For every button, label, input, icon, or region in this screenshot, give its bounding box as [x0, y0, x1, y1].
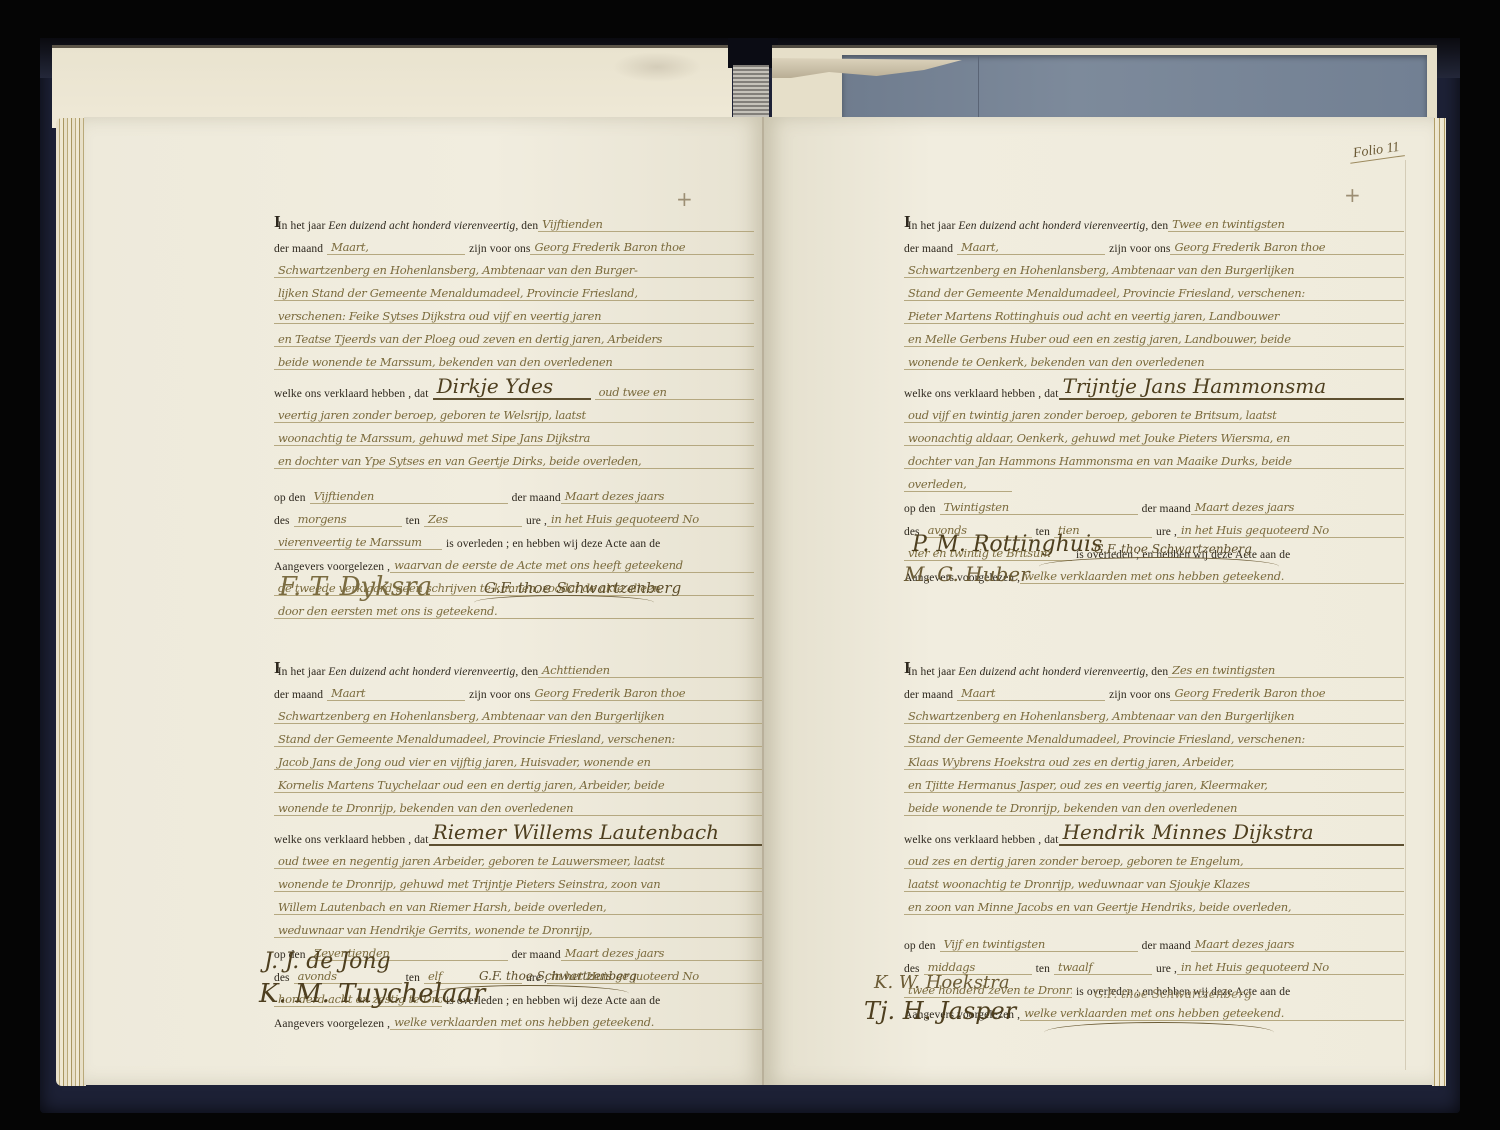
death-month: Maart dezes jaars	[561, 946, 764, 961]
left-page: + IIn het jaar Een duizend acht honderd …	[84, 117, 764, 1085]
intro-line: IIn het jaar Een duizend acht honderd vi…	[274, 209, 754, 232]
signature-flourish	[1039, 557, 1279, 576]
deceased-text: woonachtig aldaar, Oenkerk, gehuwd met J…	[904, 431, 1404, 446]
death-hour: twaalf	[1054, 960, 1152, 975]
death-date-line: op den Vijftienden der maand Maart dezes…	[274, 481, 754, 504]
printed-text: Aangevers voorgelezen ,	[274, 1018, 390, 1030]
death-place-cont: vierenveertig te Marssum	[274, 535, 442, 550]
deceased-text: Willem Lautenbach en van Riemer Harsh, b…	[274, 900, 764, 915]
signature-flourish	[1044, 1022, 1274, 1043]
witness-text: Schwartzenberg en Hohenlansberg, Ambtena…	[904, 709, 1404, 724]
signature: P. M. Rottinghuis	[912, 532, 1102, 557]
witness-text: Jacob Jans de Jong oud vier en vijftig j…	[274, 755, 764, 770]
handwritten-line: woonachtig aldaar, Oenkerk, gehuwd met J…	[904, 423, 1404, 446]
printed-text: , den	[1145, 666, 1168, 678]
witness-text: wonende te Dronrijp, bekenden van den ov…	[274, 801, 764, 816]
month-line: der maand Maart zijn voor ons Georg Fred…	[904, 678, 1404, 701]
signature: J. J. de Jong	[264, 949, 391, 974]
handwritten-line: overleden,	[904, 469, 1404, 492]
handwritten-line: Stand der Gemeente Menaldumadeel, Provin…	[274, 724, 764, 747]
witness-text: beide wonende te Dronrijp, bekenden van …	[904, 801, 1404, 816]
printed-text: zijn voor ons	[469, 689, 530, 701]
witness-text: wonende te Oenkerk, bekenden van den ove…	[904, 355, 1404, 370]
handwritten-line: en Tjitte Hermanus Jasper, oud zes en ve…	[904, 770, 1404, 793]
death-place: in het Huis gequoteerd No	[1177, 960, 1404, 975]
printed-text: zijn voor ons	[1109, 689, 1170, 701]
printed-text: In het jaar	[908, 666, 956, 678]
printed-year: Een duizend acht honderd vierenveertig	[328, 666, 515, 678]
handwritten-line: Schwartzenberg en Hohenlansberg, Ambtena…	[274, 701, 764, 724]
handwritten-line: Schwartzenberg en Hohenlansberg, Ambtena…	[274, 255, 754, 278]
deceased-text: oud vijf en twintig jaren zonder beroep,…	[904, 408, 1404, 423]
printed-text: der maand	[904, 243, 953, 255]
handwritten-line: Klaas Wybrens Hoekstra oud zes en dertig…	[904, 747, 1404, 770]
printed-text: der maand	[274, 243, 323, 255]
witness-text: Pieter Martens Rottinghuis oud acht en v…	[904, 309, 1404, 324]
spine	[728, 38, 778, 68]
handwritten-line: Kornelis Martens Tuychelaar oud een en d…	[274, 770, 764, 793]
death-day: Vijftienden	[310, 489, 508, 504]
handwritten-line: en dochter van Ype Sytses en van Geertje…	[274, 446, 754, 469]
signature: M. G. Huber	[904, 562, 1030, 586]
handwritten-line: laatst woonachtig te Dronrijp, weduwnaar…	[904, 869, 1404, 892]
closing-text: waarvan de eerste de Acte met ons heeft …	[390, 558, 754, 573]
signature: Tj. H. Jasper	[864, 997, 1016, 1025]
printed-year: Een duizend acht honderd vierenveertig	[958, 220, 1145, 232]
handwritten-line: Schwartzenberg en Hohenlansberg, Ambtena…	[904, 701, 1404, 724]
witness-text: Kornelis Martens Tuychelaar oud een en d…	[274, 778, 764, 793]
printed-text: ure ,	[1156, 526, 1177, 538]
handwritten-line: Schwartzenberg en Hohenlansberg, Ambtena…	[904, 255, 1404, 278]
handwritten-line: wonende te Dronrijp, gehuwd met Trijntje…	[274, 869, 764, 892]
handwritten-line: wonende te Oenkerk, bekenden van den ove…	[904, 347, 1404, 370]
printed-text: op den	[274, 492, 306, 504]
deceased-text: weduwnaar van Hendrikje Gerrits, wonende…	[274, 923, 764, 938]
deceased-text: overleden,	[904, 477, 1012, 492]
deceased-name: Riemer Willems Lautenbach	[429, 820, 764, 846]
handwritten-line: beide wonende te Dronrijp, bekenden van …	[904, 793, 1404, 816]
death-record-entry: IIn het jaar Een duizend acht honderd vi…	[904, 655, 1404, 1021]
printed-text: ten	[1036, 963, 1050, 975]
printed-text: is overleden ; en hebben wij deze Acte a…	[446, 538, 660, 550]
handwritten-line: woonachtig te Marssum, gehuwd met Sipe J…	[274, 423, 754, 446]
handwritten-line: dochter van Jan Hammons Hammonsma en van…	[904, 446, 1404, 469]
deceased-text: oud zes en dertig jaren zonder beroep, g…	[904, 854, 1404, 869]
signature: K. W. Hoekstra	[874, 972, 1010, 993]
printed-text: In het jaar	[908, 220, 956, 232]
printed-text: , den	[1145, 220, 1168, 232]
deceased-text: dochter van Jan Hammons Hammonsma en van…	[904, 454, 1404, 469]
handwritten-line: oud twee en negentig jaren Arbeider, geb…	[274, 846, 764, 869]
entry-date-day: Twee en twintigsten	[1168, 217, 1404, 232]
deceased-text: en zoon van Minne Jacobs en van Geertje …	[904, 900, 1404, 915]
handwritten-line: veertig jaren zonder beroep, geboren te …	[274, 400, 754, 423]
right-margin-rule	[1405, 160, 1406, 1070]
folio-number: Folio 11	[1348, 139, 1405, 163]
handwritten-line: weduwnaar van Hendrikje Gerrits, wonende…	[274, 915, 764, 938]
handwritten-line: verschenen: Feike Sytses Dijkstra oud vi…	[274, 301, 754, 324]
declaration-line: welke ons verklaard hebben , dat Hendrik…	[904, 816, 1404, 846]
witness-text: Stand der Gemeente Menaldumadeel, Provin…	[904, 286, 1404, 301]
death-date-line: op den Twintigsten der maand Maart dezes…	[904, 492, 1404, 515]
registrar-name: Georg Frederik Baron thoe	[1170, 240, 1404, 255]
handwritten-line: Stand der Gemeente Menaldumadeel, Provin…	[904, 278, 1404, 301]
month-line: der maand Maart zijn voor ons Georg Fred…	[274, 678, 764, 701]
month-line: der maand Maart, zijn voor ons Georg Fre…	[904, 232, 1404, 255]
intro-line: IIn het jaar Een duizend acht honderd vi…	[904, 655, 1404, 678]
handwritten-line: en Teatse Tjeerds van der Ploeg oud zeve…	[274, 324, 754, 347]
cross-mark: +	[1344, 183, 1361, 207]
intro-line: IIn het jaar Een duizend acht honderd vi…	[904, 209, 1404, 232]
printed-text: In het jaar	[278, 220, 326, 232]
registrar-name: Georg Frederik Baron thoe	[1170, 686, 1404, 701]
printed-text: der maand	[1142, 940, 1191, 952]
printed-text: welke ons verklaard hebben , dat	[274, 834, 429, 846]
printed-text: zijn voor ons	[1109, 243, 1170, 255]
entry-month: Maart,	[957, 240, 1105, 255]
page-block-edge-left	[56, 118, 86, 1086]
printed-year: Een duizend acht honderd vierenveertig	[958, 666, 1145, 678]
entry-date-day: Vijftienden	[538, 217, 754, 232]
registrar-name: Georg Frederik Baron thoe	[530, 240, 754, 255]
closing-text: welke verklaarden met ons hebben geteeke…	[1020, 1006, 1404, 1021]
intro-line: IIn het jaar Een duizend acht honderd vi…	[274, 655, 764, 678]
death-place: in het Huis gequoteerd No	[547, 512, 754, 527]
flyleaf-left	[52, 45, 732, 128]
read-aloud-line: Aangevers voorgelezen , welke verklaarde…	[274, 1007, 764, 1030]
registrar-signature: G.F. thoe Schwartzenberg	[1094, 542, 1252, 556]
death-month: Maart dezes jaars	[561, 489, 754, 504]
handwritten-line: lijken Stand der Gemeente Menaldumadeel,…	[274, 278, 754, 301]
witness-text: beide wonende te Marssum, bekenden van d…	[274, 355, 754, 370]
printed-text: der maand	[512, 949, 561, 961]
witness-text: Schwartzenberg en Hohenlansberg, Ambtena…	[274, 709, 764, 724]
printed-year: Een duizend acht honderd vierenveertig	[328, 220, 515, 232]
entry-date-day: Zes en twintigsten	[1168, 663, 1404, 678]
death-record-entry: IIn het jaar Een duizend acht honderd vi…	[274, 209, 754, 619]
death-record-entry: IIn het jaar Een duizend acht honderd vi…	[904, 209, 1404, 584]
printed-text: des	[274, 515, 290, 527]
cross-mark: +	[676, 187, 693, 211]
death-month: Maart dezes jaars	[1191, 500, 1404, 515]
signature-flourish	[474, 595, 654, 610]
handwritten-line: Pieter Martens Rottinghuis oud acht en v…	[904, 301, 1404, 324]
witness-text: verschenen: Feike Sytses Dijkstra oud vi…	[274, 309, 754, 324]
printed-text: ure ,	[1156, 963, 1177, 975]
entry-month: Maart,	[327, 240, 465, 255]
printed-text: op den	[904, 940, 936, 952]
handwritten-line: oud vijf en twintig jaren zonder beroep,…	[904, 400, 1404, 423]
deceased-name: Trijntje Jans Hammonsma	[1059, 374, 1404, 400]
death-day: Vijf en twintigsten	[940, 937, 1138, 952]
handwritten-line: wonende te Dronrijp, bekenden van den ov…	[274, 793, 764, 816]
death-hour: Zes	[424, 512, 522, 527]
deceased-text: oud twee en	[595, 385, 754, 400]
death-place-line: vierenveertig te Marssum is overleden ; …	[274, 527, 754, 550]
printed-text: welke ons verklaard hebben , dat	[904, 388, 1059, 400]
death-date-line: op den Vijf en twintigsten der maand Maa…	[904, 929, 1404, 952]
entry-date-day: Achttienden	[538, 663, 764, 678]
handwritten-line: oud zes en dertig jaren zonder beroep, g…	[904, 846, 1404, 869]
deceased-text: en dochter van Ype Sytses en van Geertje…	[274, 454, 754, 469]
printed-text: zijn voor ons	[469, 243, 530, 255]
handwritten-line: Jacob Jans de Jong oud vier en vijftig j…	[274, 747, 764, 770]
deceased-text: oud twee en negentig jaren Arbeider, geb…	[274, 854, 764, 869]
entry-month: Maart	[957, 686, 1105, 701]
printed-text: , den	[515, 220, 538, 232]
declaration-line: welke ons verklaard hebben , dat Trijntj…	[904, 370, 1404, 400]
registrar-signature: G.F. thoe Schwartzenberg	[1094, 987, 1252, 1001]
deceased-text: woonachtig te Marssum, gehuwd met Sipe J…	[274, 431, 754, 446]
witness-text: Schwartzenberg en Hohenlansberg, Ambtena…	[274, 263, 754, 278]
witness-text: en Tjitte Hermanus Jasper, oud zes en ve…	[904, 778, 1404, 793]
printed-text: der maand	[1142, 503, 1191, 515]
spine-binding-mesh	[733, 65, 769, 125]
witness-text: Stand der Gemeente Menaldumadeel, Provin…	[274, 732, 764, 747]
deceased-text: laatst woonachtig te Dronrijp, weduwnaar…	[904, 877, 1404, 892]
death-day: Twintigsten	[940, 500, 1138, 515]
declaration-line: welke ons verklaard hebben , dat Riemer …	[274, 816, 764, 846]
witness-text: en Teatse Tjeerds van der Ploeg oud zeve…	[274, 332, 754, 347]
handwritten-line: Willem Lautenbach en van Riemer Harsh, b…	[274, 892, 764, 915]
registrar-signature: G.F. thoe Schwartzenberg	[479, 969, 637, 983]
deceased-name: Dirkje Ydes	[433, 374, 591, 400]
printed-text: ure ,	[526, 515, 547, 527]
month-line: der maand Maart, zijn voor ons Georg Fre…	[274, 232, 754, 255]
printed-text: der maand	[512, 492, 561, 504]
deceased-text: wonende te Dronrijp, gehuwd met Trijntje…	[274, 877, 764, 892]
right-page: Folio 11 + IIn het jaar Een duizend acht…	[764, 117, 1434, 1085]
closing-text: welke verklaarden met ons hebben geteeke…	[390, 1015, 764, 1030]
witness-text: Schwartzenberg en Hohenlansberg, Ambtena…	[904, 263, 1404, 278]
witness-text: lijken Stand der Gemeente Menaldumadeel,…	[274, 286, 754, 301]
handwritten-line: beide wonende te Marssum, bekenden van d…	[274, 347, 754, 370]
printed-text: der maand	[274, 689, 323, 701]
signature-flourish	[429, 985, 629, 1002]
entry-month: Maart	[327, 686, 465, 701]
death-month: Maart dezes jaars	[1191, 937, 1404, 952]
handwritten-line: en zoon van Minne Jacobs en van Geertje …	[904, 892, 1404, 915]
deceased-text: veertig jaren zonder beroep, geboren te …	[274, 408, 754, 423]
witness-text: Klaas Wybrens Hoekstra oud zes en dertig…	[904, 755, 1404, 770]
death-place: in het Huis gequoteerd No	[1177, 523, 1404, 538]
page-block-edge-right	[1432, 118, 1446, 1086]
time-of-day: morgens	[294, 512, 402, 527]
printed-text: der maand	[904, 689, 953, 701]
declaration-line: welke ons verklaard hebben , dat Dirkje …	[274, 370, 754, 400]
read-aloud-line: Aangevers voorgelezen , waarvan de eerst…	[274, 550, 754, 573]
printed-text: ten	[406, 515, 420, 527]
handwritten-line: en Melle Gerbens Huber oud een en zestig…	[904, 324, 1404, 347]
deceased-name: Hendrik Minnes Dijkstra	[1059, 820, 1404, 846]
registrar-name: Georg Frederik Baron thoe	[530, 686, 764, 701]
printed-text: In het jaar	[278, 666, 326, 678]
printed-text: welke ons verklaard hebben , dat	[274, 388, 429, 400]
printed-text: op den	[904, 503, 936, 515]
printed-text: , den	[515, 666, 538, 678]
witness-text: Stand der Gemeente Menaldumadeel, Provin…	[904, 732, 1404, 747]
signature: F. T. Dyksra	[279, 572, 432, 602]
witness-text: en Melle Gerbens Huber oud een en zestig…	[904, 332, 1404, 347]
death-time-line: des morgens ten Zes ure , in het Huis ge…	[274, 504, 754, 527]
printed-text: welke ons verklaard hebben , dat	[904, 834, 1059, 846]
handwritten-line: Stand der Gemeente Menaldumadeel, Provin…	[904, 724, 1404, 747]
